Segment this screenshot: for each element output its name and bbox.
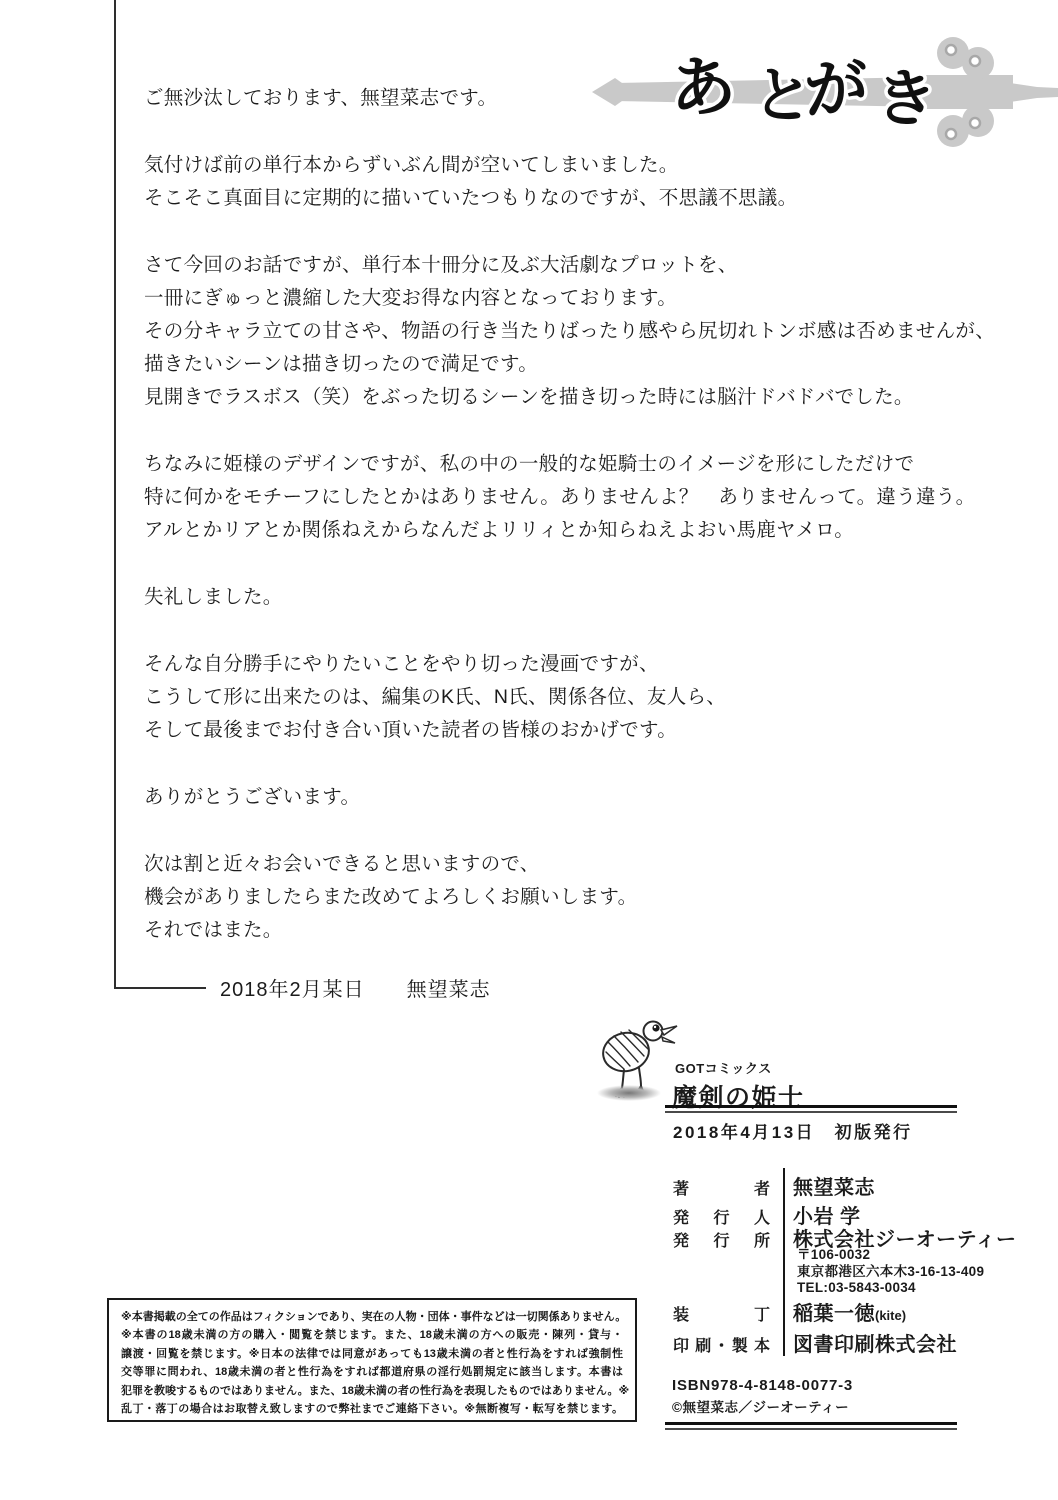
text-line: 気付けば前の単行本からずいぶん間が空いてしまいました。 (144, 149, 1024, 182)
copyright-text: ©無望菜志／ジーオーティー (672, 1396, 849, 1416)
text-line: 描きたいシーンは描き切ったので満足です。 (144, 348, 1024, 381)
text-line: そんな自分勝手にやりたいことをやり切った漫画ですが、 (144, 648, 1024, 681)
credit-label: 装 丁 (673, 1302, 770, 1325)
text-line: 見開きでラスボス（笑）をぶった切るシーンを描き切った時には脳汁ドバドバでした。 (144, 381, 1024, 414)
disclaimer-line: 犯罪を教唆するものではありません。また、18歳未満の者の性行為を表現したものでは… (121, 1382, 623, 1400)
afterword-page: { "colors": { "sword_gray": "#c9c9c9", "… (0, 0, 1058, 1500)
text-line: 失礼しました。 (144, 581, 1024, 614)
disclaimer-line: 乱丁・落丁の場合はお取替え致しますので弊社までご連絡下さい。※無断複写・転写を禁… (121, 1400, 623, 1418)
disclaimer-line: ※本書の18歳未満の方の購入・閲覧を禁じます。また、18歳未満の方への販売・陳列… (121, 1326, 623, 1344)
text-line: 次は割と近々お会いできると思いますので、 (144, 848, 1024, 881)
credit-value: 稲葉一徳 (793, 1303, 875, 1325)
credit-label: 著 者 (673, 1176, 770, 1199)
margin-rule-horizontal (114, 987, 206, 989)
text-line: 特に何かをモチーフにしたとかはありません。ありませんよ？ ありませんって。違う違… (144, 481, 1024, 514)
text-line: そして最後までお付き合い頂いた読者の皆様のおかげです。 (144, 714, 1024, 747)
paragraph: 失礼しました。 (144, 581, 1024, 614)
credit-row-design: 装 丁稲葉一徳(kite) (673, 1297, 1053, 1326)
address-line: TEL:03-5843-0034 (797, 1280, 984, 1297)
text-line: そこそこ真面目に定期的に描いていたつもりなのですが、不思議不思議。 (144, 182, 1024, 215)
paragraph: ありがとうございます。 (144, 781, 1024, 814)
disclaimer-line: ※本書掲載の全ての作品はフィクションであり、実在の人物・団体・事件などは一切関係… (121, 1308, 623, 1326)
afterword-body: ご無沙汰しております、無望菜志です。 気付けば前の単行本からずいぶん間が空いてし… (144, 82, 1024, 981)
credit-label: 印刷･製本 (673, 1333, 770, 1356)
credit-row-printing: 印刷･製本図書印刷株式会社 (673, 1328, 1053, 1357)
disclaimer-line: 譲渡・回覧を禁じます。※日本の法律では同意があっても13歳未満の者と性行為をすれ… (121, 1345, 623, 1363)
text-line: 機会がありましたらまた改めてよろしくお願いします。 (144, 881, 1024, 914)
text-line: 一冊にぎゅっと濃縮した大変お得な内容となっております。 (144, 282, 1024, 315)
paragraph: さて今回のお話ですが、単行本十冊分に及ぶ大活劇なプロットを、 一冊にぎゅっと濃縮… (144, 249, 1024, 414)
text-line: アルとかリアとか関係ねえからなんだよリリィとか知らねえよおい馬鹿ヤメロ。 (144, 514, 1024, 547)
text-line: こうして形に出来たのは、編集のK氏、N氏、関係各位、友人ら、 (144, 681, 1024, 714)
disclaimer-line: 交等罪に問われ、18歳未満の者と性行為をすれば都道府県の淫行処罰規定に該当します… (121, 1363, 623, 1381)
publisher-address: 〒106-0032 東京都港区六本木3-16-13-409 TEL:03-584… (797, 1247, 984, 1297)
credit-label: 発行所 (673, 1228, 770, 1251)
signoff-line: 2018年2月某日 無望菜志 (220, 974, 491, 1007)
text-line: ありがとうございます。 (144, 781, 1024, 814)
credit-value: 無望菜志 (793, 1177, 875, 1199)
text-line: さて今回のお話ですが、単行本十冊分に及ぶ大活劇なプロットを、 (144, 249, 1024, 282)
bottom-rule (665, 1422, 957, 1430)
text-line: それではまた。 (144, 914, 1024, 947)
address-line: 東京都港区六本木3-16-13-409 (797, 1264, 984, 1281)
series-label: GOTコミックス (675, 1058, 772, 1077)
paragraph: 気付けば前の単行本からずいぶん間が空いてしまいました。 そこそこ真面目に定期的に… (144, 149, 1024, 215)
credit-suffix: (kite) (875, 1308, 906, 1323)
isbn-text: ISBN978-4-8148-0077-3 (672, 1377, 853, 1394)
credit-row-author: 著 者無望菜志 (673, 1171, 1053, 1200)
margin-rule-vertical (114, 0, 116, 989)
text-line: ご無沙汰しております、無望菜志です。 (144, 82, 1024, 115)
paragraph: ちなみに姫様のデザインですが、私の中の一般的な姫騎士のイメージを形にしただけで … (144, 448, 1024, 547)
disclaimer-box: ※本書掲載の全ての作品はフィクションであり、実在の人物・団体・事件などは一切関係… (107, 1298, 637, 1422)
address-line: 〒106-0032 (797, 1247, 984, 1264)
paragraph: ご無沙汰しております、無望菜志です。 (144, 82, 1024, 115)
paragraph: そんな自分勝手にやりたいことをやり切った漫画ですが、 こうして形に出来たのは、編… (144, 648, 1024, 747)
bird-shadow (597, 1085, 661, 1101)
text-line: その分キャラ立ての甘さや、物語の行き当たりばったり感やら尻切れトンボ感は否めませ… (144, 315, 1024, 348)
title-rule (665, 1105, 957, 1113)
credit-value: 図書印刷株式会社 (793, 1334, 957, 1356)
edition-line: 2018年4月13日 初版発行 (673, 1118, 913, 1143)
text-line: ちなみに姫様のデザインですが、私の中の一般的な姫騎士のイメージを形にしただけで (144, 448, 1024, 481)
paragraph: 次は割と近々お会いできると思いますので、 機会がありましたらまた改めてよろしくお… (144, 848, 1024, 947)
